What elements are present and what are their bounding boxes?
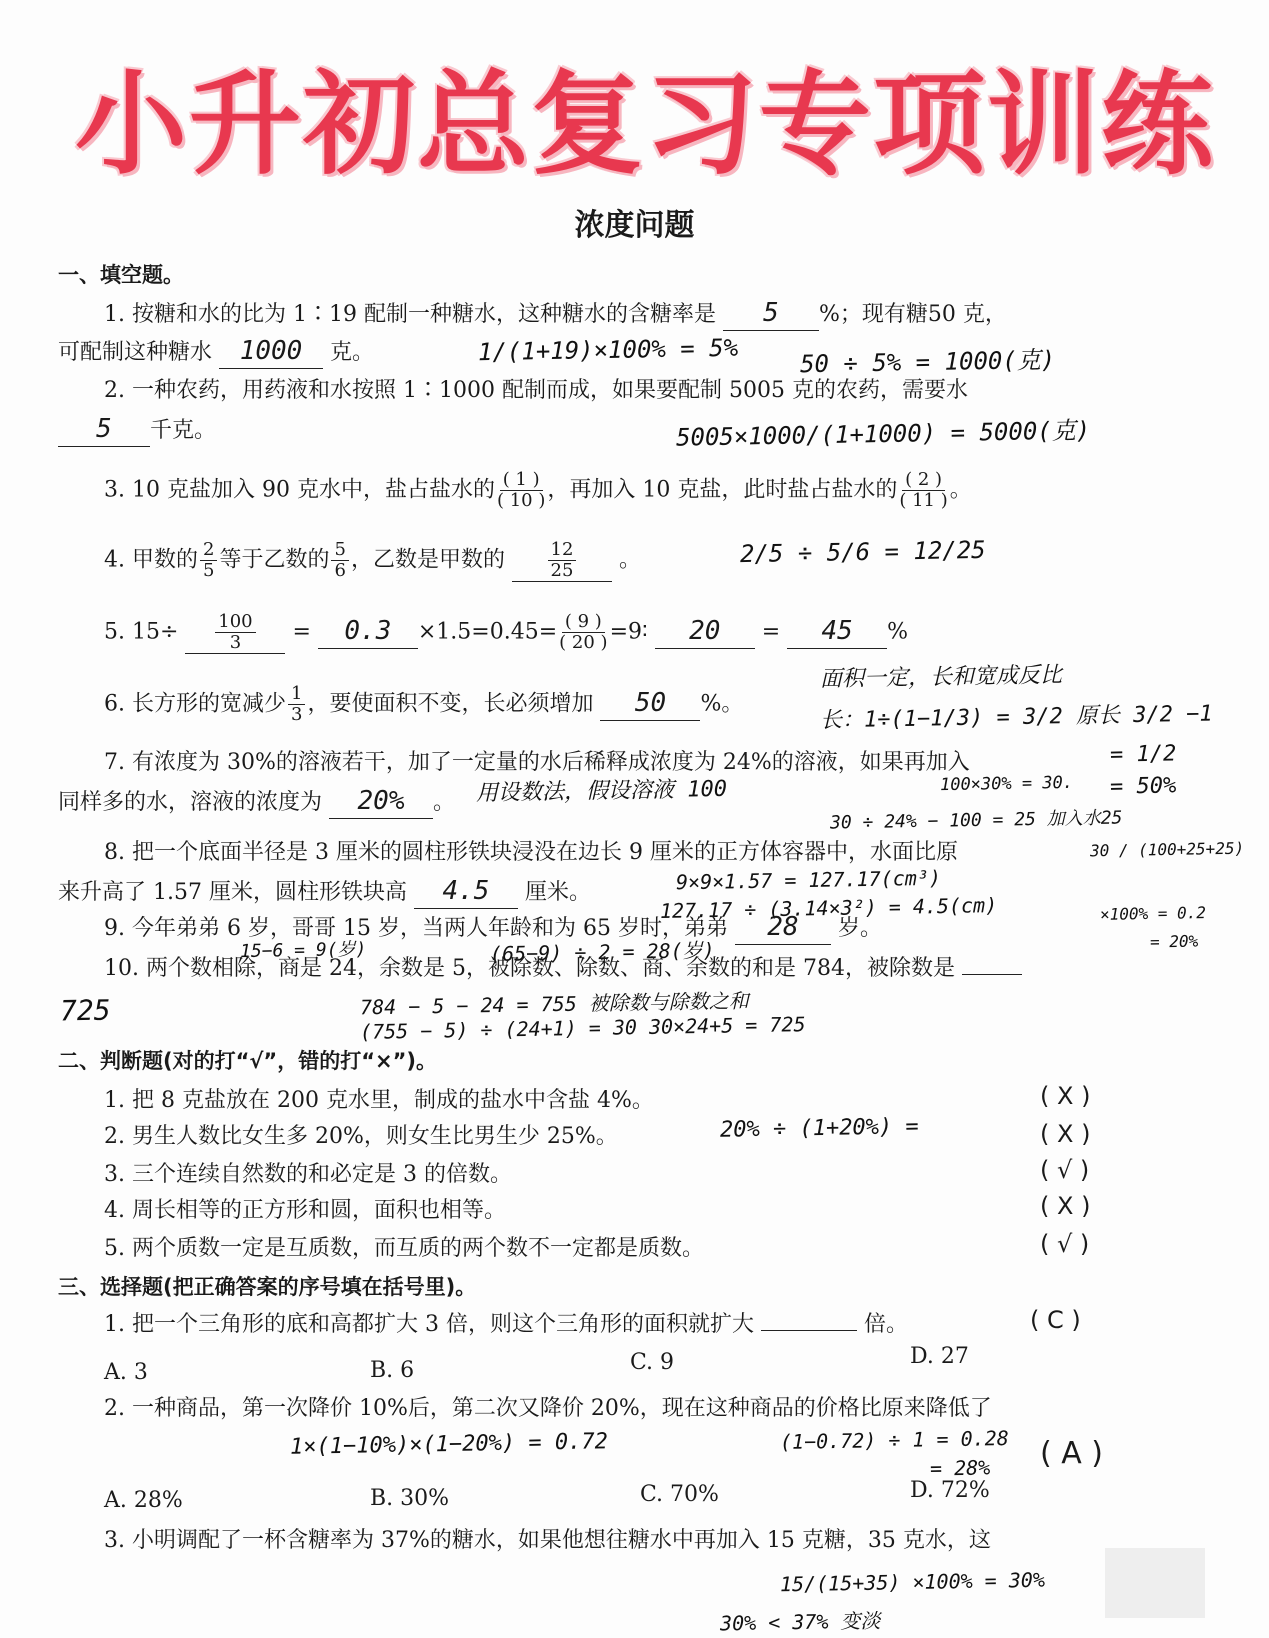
- choice-q1-option-a[interactable]: A. 3: [104, 1360, 148, 1385]
- q6-work-3: = 1/2: [1110, 741, 1177, 767]
- q5-blank-1[interactable]: 1003: [185, 612, 285, 654]
- choice-q2: 2. 一种商品，第一次降价 10%后，第二次又降价 20%，现在这种商品的价格比…: [104, 1394, 992, 1424]
- scan-shadow: [1105, 1548, 1205, 1618]
- choice-q3-work-2: 30% < 37% 变淡: [720, 1605, 881, 1637]
- judge-item-3: 3. 三个连续自然数的和必定是 3 的倍数。: [104, 1160, 512, 1190]
- section-2-title: 二、判断题(对的打“√”，错的打“×”)。: [58, 1046, 437, 1076]
- page-title: 浓度问题: [0, 200, 1269, 244]
- q7-work-1: 用设数法，假设溶液 100: [476, 772, 727, 807]
- q2-blank[interactable]: 5: [58, 414, 150, 447]
- q5-blank-4[interactable]: 45: [787, 616, 887, 649]
- q7-work-3: 30 ÷ 24% − 100 = 25 加入水25: [830, 803, 1123, 834]
- q8-work-1: 9×9×1.57 = 127.17(cm³): [676, 866, 941, 895]
- q7-work-2: 100×30% = 30.: [940, 773, 1073, 795]
- choice-q1-option-b[interactable]: B. 6: [370, 1358, 414, 1383]
- choice-q2-option-b[interactable]: B. 30%: [370, 1486, 449, 1511]
- q1-blank-amount[interactable]: 1000: [219, 336, 323, 369]
- q8-blank[interactable]: 4.5: [414, 876, 518, 909]
- choice-q1: 1. 把一个三角形的底和高都扩大 3 倍，则这个三角形的面积就扩大 倍。: [104, 1310, 908, 1340]
- q6-blank[interactable]: 50: [600, 688, 700, 721]
- q6-work-2: 长：1÷(1−1/3) = 3/2 原长 3/2 −1: [820, 697, 1213, 735]
- q7-line2: 同样多的水，溶液的浓度为 20%。: [58, 786, 455, 819]
- q7-work-6: = 20%: [1150, 932, 1198, 952]
- q6-work-4: = 50%: [1110, 773, 1177, 799]
- choice-q2-answer[interactable]: ( A ): [1040, 1436, 1103, 1471]
- banner-title: 小升初总复习专项训练: [55, 60, 1235, 190]
- q4-blank[interactable]: 1225: [512, 540, 612, 582]
- q7-work-5: ×100% = 0.2: [1100, 903, 1206, 924]
- judge-item-1: 1. 把 8 克盐放在 200 克水里，制成的盐水中含盐 4%。: [104, 1086, 654, 1116]
- choice-q2-option-d[interactable]: D. 72%: [910, 1478, 990, 1503]
- judge-2-work: 20% ÷ (1+20%) =: [720, 1114, 919, 1142]
- choice-q2-work-2: (1−0.72) ÷ 1 = 0.28: [780, 1426, 1009, 1454]
- q5-blank-3[interactable]: 20: [655, 616, 755, 649]
- choice-q2-option-c[interactable]: C. 70%: [640, 1482, 719, 1507]
- q3-fraction-2[interactable]: ( 2 )( 11 ): [899, 470, 947, 511]
- choice-q3: 3. 小明调配了一杯含糖率为 37%的糖水，如果他想往糖水中再加入 15 克糖，…: [104, 1526, 991, 1556]
- q7-work-4: 30 / (100+25+25): [1090, 839, 1244, 861]
- q2-line2: 5千克。: [58, 414, 216, 447]
- q3-fraction-1[interactable]: ( 1 )( 10 ): [497, 470, 545, 511]
- judge-mark-5[interactable]: ( √ ): [1040, 1230, 1089, 1258]
- choice-q1-answer[interactable]: ( C ): [1030, 1306, 1081, 1334]
- q5-line: 5. 15÷ 1003 = 0.3×1.5=0.45=( 9 )( 20 )=9…: [104, 612, 908, 654]
- judge-mark-1[interactable]: ( X ): [1040, 1082, 1090, 1110]
- q1-work-2: 50 ÷ 5% = 1000(克): [800, 340, 1056, 379]
- q4-work: 2/5 ÷ 5/6 = 12/25: [740, 536, 986, 568]
- q5-fraction[interactable]: ( 9 )( 20 ): [559, 612, 607, 653]
- q8-line2: 来升高了 1.57 厘米，圆柱形铁块高 4.5 厘米。: [58, 876, 591, 909]
- q3-line: 3. 10 克盐加入 90 克水中，盐占盐水的( 1 )( 10 )，再加入 1…: [104, 470, 972, 511]
- judge-item-4: 4. 周长相等的正方形和圆，面积也相等。: [104, 1196, 506, 1226]
- q6-work-1: 面积一定，长和宽成反比: [820, 658, 1063, 693]
- judge-mark-4[interactable]: ( X ): [1040, 1192, 1090, 1220]
- q1-blank-rate[interactable]: 5: [723, 298, 819, 331]
- choice-q2-option-a[interactable]: A. 28%: [104, 1488, 183, 1513]
- judge-mark-2[interactable]: ( X ): [1040, 1120, 1090, 1148]
- q7-line1: 7. 有浓度为 30%的溶液若干，加了一定量的水后稀释成浓度为 24%的溶液，如…: [104, 748, 970, 778]
- choice-q2-work-3: = 28%: [930, 1455, 991, 1480]
- choice-q2-work-1: 1×(1−10%)×(1−20%) = 0.72: [290, 1429, 608, 1460]
- q1-line2: 可配制这种糖水 1000 克。: [58, 336, 374, 369]
- q10-line: 10. 两个数相除，商是 24，余数是 5，被除数、除数、商、余数的和是 784…: [104, 954, 1022, 984]
- q2-line1: 2. 一种农药，用药液和水按照 1∶1000 配制而成，如果要配制 5005 克…: [104, 376, 968, 406]
- judge-item-2: 2. 男生人数比女生多 20%，则女生比男生少 25%。: [104, 1122, 618, 1152]
- q10-answer[interactable]: 725: [60, 994, 111, 1028]
- choice-q3-work-1: 15/(15+35) ×100% = 30%: [780, 1568, 1045, 1597]
- judge-item-5: 5. 两个质数一定是互质数，而互质的两个数不一定都是质数。: [104, 1234, 704, 1264]
- q1-line1: 1. 按糖和水的比为 1∶19 配制一种糖水，这种糖水的含糖率是 5%；现有糖5…: [104, 298, 1007, 331]
- q9-blank[interactable]: 28: [735, 912, 831, 945]
- q8-line1: 8. 把一个底面半径是 3 厘米的圆柱形铁块浸没在边长 9 厘米的正方体容器中，…: [104, 838, 958, 868]
- judge-mark-3[interactable]: ( √ ): [1040, 1156, 1089, 1184]
- choice-q1-option-d[interactable]: D. 27: [910, 1344, 969, 1369]
- worksheet-page: 小升初总复习专项训练 浓度问题 一、填空题。 1. 按糖和水的比为 1∶19 配…: [0, 0, 1269, 1638]
- q5-blank-2[interactable]: 0.3: [318, 616, 418, 649]
- q4-line: 4. 甲数的25等于乙数的56，乙数是甲数的 1225 。: [104, 540, 641, 582]
- q6-line: 6. 长方形的宽减少13，要使面积不变，长必须增加 50%。: [104, 684, 743, 725]
- q2-work: 5005×1000/(1+1000) = 5000(克): [676, 410, 1091, 452]
- q1-work-1: 1/(1+19)×100% = 5%: [478, 334, 739, 367]
- choice-q1-option-c[interactable]: C. 9: [630, 1350, 674, 1375]
- section-1-title: 一、填空题。: [58, 260, 184, 290]
- q7-blank[interactable]: 20%: [329, 786, 433, 819]
- section-3-title: 三、选择题(把正确答案的序号填在括号里)。: [58, 1272, 476, 1302]
